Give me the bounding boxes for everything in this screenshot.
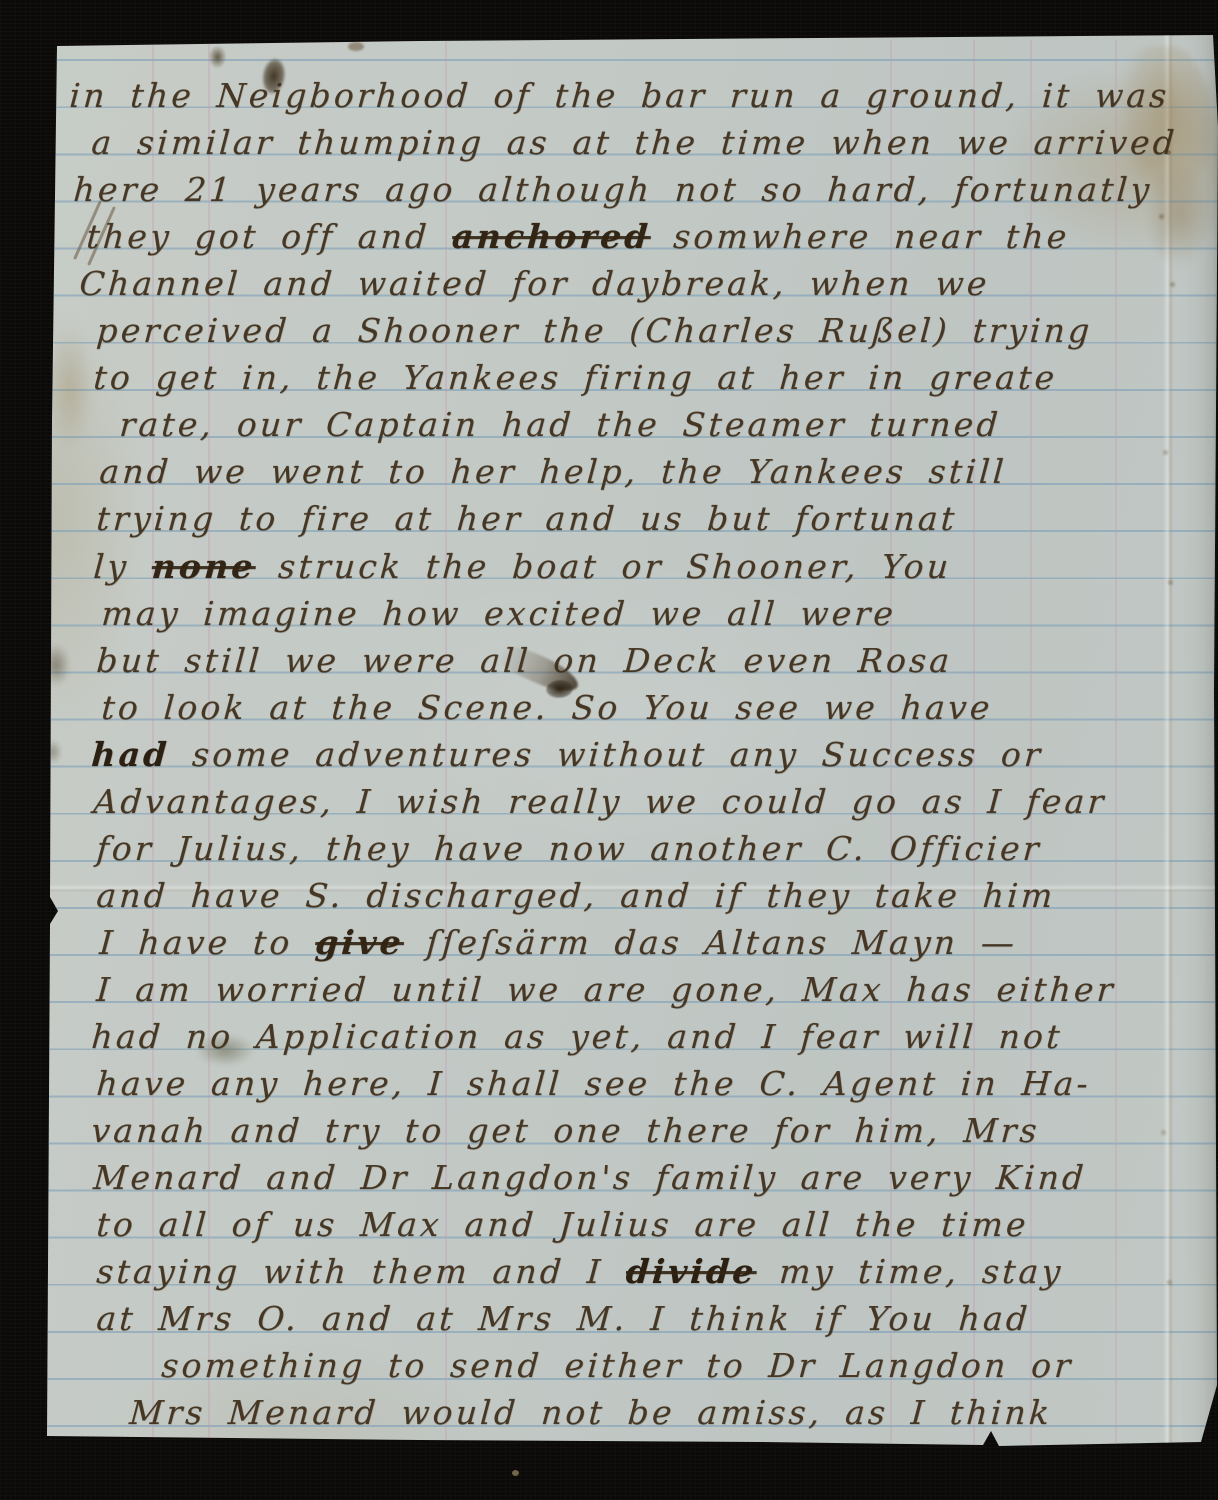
- handwriting-line: here 21 years ago although not so hard, …: [72, 168, 1154, 212]
- handwriting-line: something to send either to Dr Langdon o…: [160, 1344, 1075, 1388]
- handwriting-line: I am worried until we are gone, Max has …: [95, 968, 1117, 1012]
- handwriting-line: but still we were all on Deck even Rosa: [95, 639, 954, 683]
- handwriting-line: a similar thumping as at the time when w…: [90, 121, 1179, 165]
- handwriting-line: at Mrs O. and at Mrs M. I think if You h…: [95, 1297, 1032, 1341]
- handwriting-line: may imagine how excited we all were: [100, 592, 898, 636]
- handwriting-line: for Julius, they have now another C. Off…: [95, 827, 1043, 871]
- handwriting-line: Mrs Menard would not be amiss, as I thin…: [128, 1391, 1054, 1435]
- letter-lines: in the Neigborhood of the bar run a grou…: [0, 0, 1218, 1500]
- handwriting-line: trying to fire at her and us but fortuna…: [95, 497, 959, 541]
- handwriting-line: they got off and anchored somwhere near …: [85, 215, 1071, 259]
- handwriting-line: have any here, I shall see the C. Agent …: [95, 1062, 1092, 1106]
- handwriting-line: vanah and try to get one there for him, …: [90, 1109, 1041, 1153]
- letter-page: in the Neigborhood of the bar run a grou…: [0, 0, 1218, 1500]
- handwriting-line: to look at the Scene. So You see we have: [100, 686, 994, 730]
- handwriting-line: rate, our Captain had the Steamer turned: [118, 403, 1002, 447]
- handwriting-line: ly none struck the boat or Shooner, You: [92, 545, 953, 589]
- handwriting-line: to get in, the Yankees firing at her in …: [92, 356, 1059, 400]
- handwriting-line: in the Neigborhood of the bar run a grou…: [68, 74, 1171, 118]
- handwriting-line: Menard and Dr Langdon's family are very …: [92, 1156, 1088, 1200]
- handwriting-line: had no Application as yet, and I fear wi…: [90, 1015, 1064, 1059]
- handwriting-line: perceived a Shooner the (Charles Rußel) …: [95, 309, 1094, 353]
- handwriting-line: Channel and waited for daybreak, when we: [78, 262, 991, 306]
- handwriting-line: staying with them and I divide my time, …: [95, 1250, 1065, 1294]
- handwriting-line: had some adventures without any Success …: [90, 733, 1045, 777]
- dust-speck: [512, 1470, 519, 1476]
- handwriting-line: and we went to her help, the Yankees sti…: [98, 450, 1008, 494]
- handwriting-line: and have S. discharged, and if they take…: [95, 874, 1057, 918]
- handwriting-line: Advantages, I wish really we could go as…: [92, 780, 1108, 824]
- photo-background: { "scan": { "description_colors": { "bac…: [0, 0, 1218, 1500]
- handwriting-line: I have to give ſſeſsärm das Altans Mayn …: [98, 921, 1019, 965]
- handwriting-line: to all of us Max and Julius are all the …: [95, 1203, 1030, 1247]
